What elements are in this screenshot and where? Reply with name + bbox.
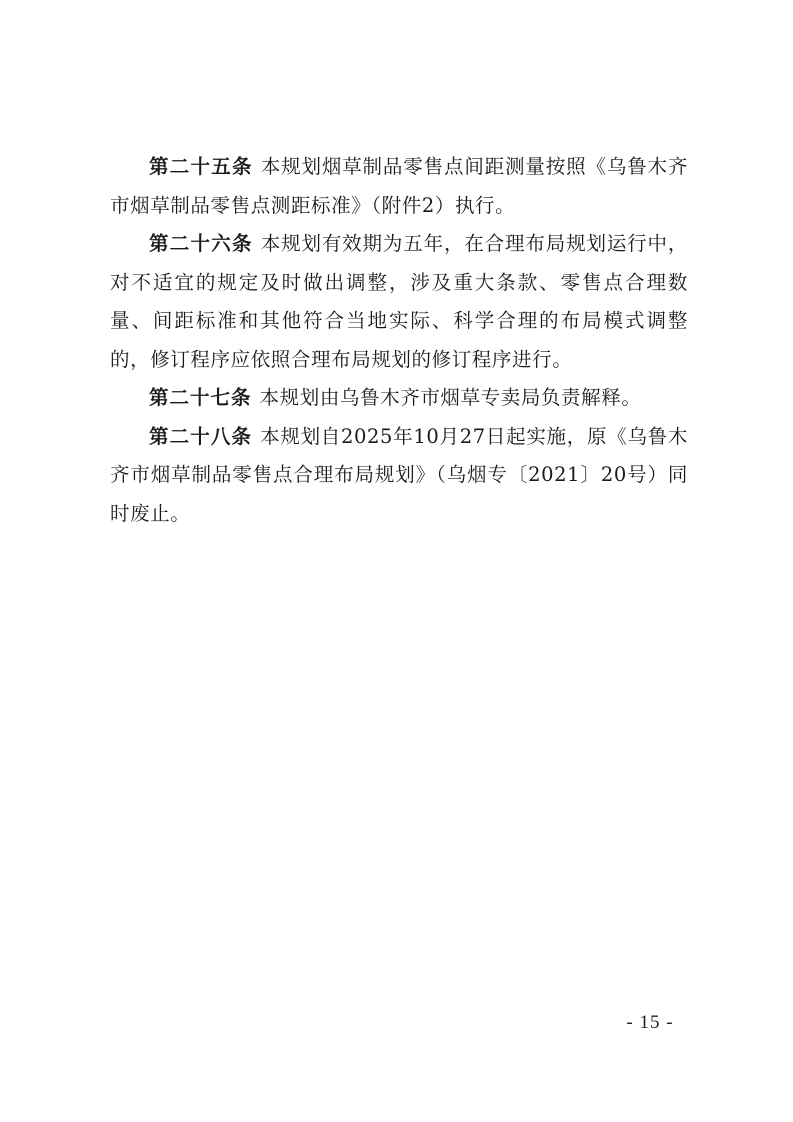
article-label: 第二十六条 (149, 232, 253, 255)
article-label: 第二十五条 (149, 155, 253, 178)
article-27: 第二十七条本规划由乌鲁木齐市烟草专卖局负责解释。 (110, 379, 688, 418)
article-text: 本规划由乌鲁木齐市烟草专卖局负责解释。 (260, 386, 642, 409)
article-label: 第二十七条 (149, 386, 252, 409)
document-page: 第二十五条本规划烟草制品零售点间距测量按照《乌鲁木齐市烟草制品零售点测距标准》（… (0, 0, 793, 1122)
page-number: - 15 - (610, 1012, 690, 1034)
article-label: 第二十八条 (149, 425, 252, 448)
article-26: 第二十六条本规划有效期为五年，在合理布局规划运行中，对不适宜的规定及时做出调整，… (110, 225, 688, 379)
document-body: 第二十五条本规划烟草制品零售点间距测量按照《乌鲁木齐市烟草制品零售点测距标准》（… (110, 148, 688, 533)
article-28: 第二十八条本规划自2025年10月27日起实施，原《乌鲁木齐市烟草制品零售点合理… (110, 418, 688, 534)
article-25: 第二十五条本规划烟草制品零售点间距测量按照《乌鲁木齐市烟草制品零售点测距标准》（… (110, 148, 688, 225)
